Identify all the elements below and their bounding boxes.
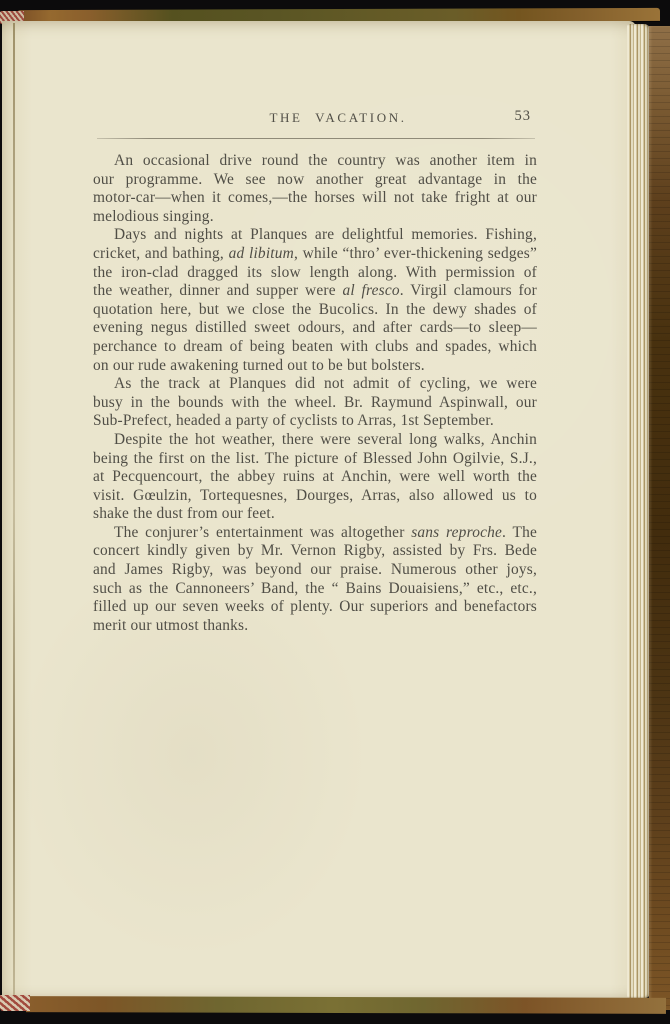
text-line: perchance to dream of being beaten with … xyxy=(93,338,537,357)
text-line: the weather, dinner and supper were al f… xyxy=(93,282,537,301)
text-line: visit. Gœulzin, Tortequesnes, Dourges, A… xyxy=(93,487,537,506)
text-line: Days and nights at Planques are delightf… xyxy=(93,226,537,245)
text-line: concert kindly given by Mr. Vernon Rigby… xyxy=(93,542,537,561)
paragraph: Despite the hot weather, there were seve… xyxy=(93,431,537,524)
page-text: An occasional drive round the country wa… xyxy=(93,152,537,635)
text-line: merit our utmost thanks. xyxy=(93,617,537,636)
paragraph: Days and nights at Planques are delightf… xyxy=(93,226,537,375)
text-line: shake the dust from our feet. xyxy=(93,505,537,524)
spine-endband-bottom xyxy=(0,995,30,1011)
text-line: Sub-Prefect, headed a party of cyclists … xyxy=(93,412,537,431)
text-line: motor-car—when it comes,—the horses will… xyxy=(93,189,537,208)
scanned-book-photo: THE VACATION. 53 An occasional drive rou… xyxy=(0,0,670,1024)
text-line: The conjurer’s entertainment was altoget… xyxy=(93,524,537,543)
paragraph: The conjurer’s entertainment was altoget… xyxy=(93,524,537,636)
paragraph: As the track at Planques did not admit o… xyxy=(93,375,537,431)
text-line: melodious singing. xyxy=(93,208,537,227)
text-line: on our rude awakening turned out to be b… xyxy=(93,357,537,376)
text-line: evening negus distilled sweet odours, an… xyxy=(93,319,537,338)
header-rule xyxy=(97,138,535,139)
text-line: Despite the hot weather, there were seve… xyxy=(93,431,537,450)
text-line: busy in the bounds with the wheel. Br. R… xyxy=(93,394,537,413)
text-line: our programme. We see now another great … xyxy=(93,171,537,190)
page-gutter-crease xyxy=(13,23,15,995)
text-line: An occasional drive round the country wa… xyxy=(93,152,537,171)
text-line: filled up our seven weeks of plenty. Our… xyxy=(93,598,537,617)
text-line: being the first on the list. The picture… xyxy=(93,450,537,469)
paragraph: An occasional drive round the country wa… xyxy=(93,152,537,226)
page-number: 53 xyxy=(505,108,531,125)
text-line: cricket, and bathing, ad libitum, while … xyxy=(93,245,537,264)
text-line: the iron-clad dragged its slow length al… xyxy=(93,264,537,283)
text-line: quotation here, but we close the Bucolic… xyxy=(93,301,537,320)
book-cover-bottom-edge xyxy=(26,996,666,1014)
text-line: at Pecquencourt, the abbey ruins at Anch… xyxy=(93,468,537,487)
text-line: As the track at Planques did not admit o… xyxy=(93,375,537,394)
text-line: and James Rigby, was beyond our praise. … xyxy=(93,561,537,580)
running-title: THE VACATION. xyxy=(8,110,668,126)
book-cover-right xyxy=(649,26,670,1010)
page-stack-edges xyxy=(627,24,650,998)
text-line: such as the Cannoneers’ Band, the “ Bain… xyxy=(93,580,537,599)
